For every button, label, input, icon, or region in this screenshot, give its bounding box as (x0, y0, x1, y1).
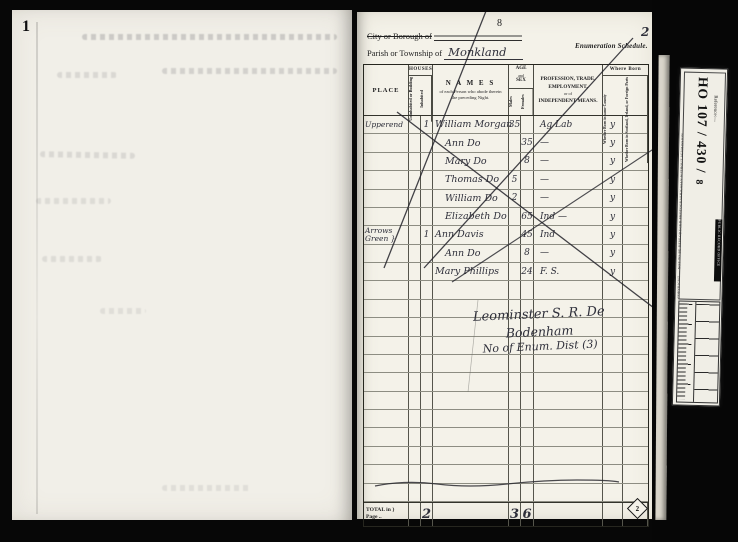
parish-township-line: Parish or Township of Monkland (367, 45, 523, 59)
cell-inhabited (421, 245, 433, 262)
cell-name: William Morgan (433, 116, 509, 133)
cell-profession: — (534, 134, 603, 151)
cell-born-county: y (603, 245, 623, 262)
cell-place (364, 484, 409, 501)
cell-uninhabited (409, 428, 421, 445)
cell-inhabited (421, 410, 433, 427)
cell-place: Upperend (364, 116, 409, 133)
cell-profession: — (534, 245, 603, 262)
cell-male-age (509, 410, 521, 427)
cell-uninhabited (409, 281, 421, 298)
page-crease (36, 22, 38, 514)
cell-male-age (509, 208, 521, 225)
blank-rule (434, 32, 522, 41)
cell-born-elsewhere (623, 465, 648, 482)
census-form-page: 8 City or Borough of Parish or Township … (357, 12, 654, 519)
cell-born-elsewhere (623, 171, 648, 188)
bleed-through-smudge (57, 72, 117, 78)
cell-born-elsewhere (623, 300, 648, 317)
cell-inhabited (421, 355, 433, 372)
parish-name-handwritten: Monkland (444, 45, 522, 60)
cell-born-county (603, 281, 623, 298)
cell-male-age (509, 373, 521, 390)
cell-male-age (509, 465, 521, 482)
cell-profession: — (534, 153, 603, 170)
cell-male-age (509, 226, 521, 243)
table-row: Elizabeth Do 65 Ind — y (364, 208, 648, 226)
cell-uninhabited (409, 134, 421, 151)
cell-male-age (509, 392, 521, 409)
cell-male-age (509, 447, 521, 464)
cell-place (364, 355, 409, 372)
cell-inhabited (421, 208, 433, 225)
cell-name: Mary Phillips (433, 263, 509, 280)
header-profession: PROFESSION, TRADE, EMPLOYMENT, or of IND… (534, 65, 603, 115)
cell-uninhabited (409, 410, 421, 427)
cell-born-county (603, 410, 623, 427)
cell-place (364, 465, 409, 482)
cell-female-age (521, 484, 534, 501)
table-row (364, 428, 648, 446)
printed-page-number: 8 (497, 18, 502, 29)
cell-place (364, 171, 409, 188)
cell-name (433, 447, 509, 464)
cell-uninhabited (409, 465, 421, 482)
cell-born-elsewhere (623, 208, 648, 225)
cell-name (433, 484, 509, 501)
table-row: Mary Phillips 24 F. S. y (364, 263, 648, 281)
cell-male-age (509, 355, 521, 372)
cell-female-age: 8 (521, 245, 534, 262)
header-age-sex: AGE and SEX Males Females (509, 65, 534, 115)
header-born-county: Whether Born in same County (603, 76, 625, 163)
cell-female-age: 35 (521, 134, 534, 151)
reference-number: HO 107 / 430 /8 (692, 77, 711, 186)
cell-born-elsewhere (623, 281, 648, 298)
cell-place: Arrows Green } (364, 226, 409, 243)
cell-born-elsewhere (623, 245, 648, 262)
cell-uninhabited (409, 208, 421, 225)
census-table: PLACE HOUSES Uninhabited or Building Inh… (363, 64, 649, 527)
cell-profession (534, 465, 603, 482)
cell-uninhabited (409, 245, 421, 262)
measurement-ruler (676, 300, 720, 403)
cell-born-elsewhere (623, 355, 648, 372)
city-borough-label: City or Borough of (367, 31, 432, 41)
cell-name (433, 392, 509, 409)
cell-place (364, 190, 409, 207)
cell-female-age (521, 392, 534, 409)
table-header: PLACE HOUSES Uninhabited or Building Inh… (364, 65, 648, 116)
cell-place (364, 153, 409, 170)
table-row (364, 355, 648, 373)
total-females: 6 (521, 503, 534, 526)
public-record-office-box: PUBLIC RECORD OFFICE (714, 219, 723, 281)
cell-inhabited (421, 392, 433, 409)
cell-female-age (521, 171, 534, 188)
scanner-black-margin: Reference:— HO 107 / 430 /8 COPYRIGHT — … (652, 0, 738, 542)
cell-uninhabited (409, 484, 421, 501)
header-males: Males (509, 89, 521, 115)
cell-uninhabited (409, 190, 421, 207)
cell-born-elsewhere (623, 190, 648, 207)
cell-profession: — (534, 190, 603, 207)
cell-profession (534, 484, 603, 501)
cell-born-county: y (603, 171, 623, 188)
cell-name: Ann Do (433, 134, 509, 151)
cell-profession (534, 281, 603, 298)
cell-uninhabited (409, 392, 421, 409)
cell-male-age (509, 484, 521, 501)
total-inhabited: 2 (421, 503, 433, 526)
cell-inhabited (421, 281, 433, 298)
cell-born-county: y (603, 263, 623, 280)
header-females: Females (521, 89, 534, 115)
cell-male-age: 2 (509, 190, 521, 207)
cell-name (433, 281, 509, 298)
cell-born-elsewhere (623, 373, 648, 390)
cell-name (433, 410, 509, 427)
cell-born-elsewhere (623, 263, 648, 280)
totals-label: TOTAL in } Page .. (364, 503, 409, 526)
cell-male-age (509, 153, 521, 170)
cell-born-elsewhere (623, 392, 648, 409)
cell-name: Ann Davis (433, 226, 509, 243)
cell-inhabited (421, 428, 433, 445)
cell-inhabited (421, 153, 433, 170)
cell-uninhabited (409, 373, 421, 390)
city-borough-line: City or Borough of (367, 31, 522, 41)
cell-female-age: 24 (521, 263, 534, 280)
cell-profession: F. S. (534, 263, 603, 280)
cell-male-age (509, 134, 521, 151)
table-row: Thomas Do 5 — y (364, 171, 648, 189)
cell-place (364, 392, 409, 409)
cell-male-age (509, 263, 521, 280)
cell-female-age (521, 355, 534, 372)
bleed-through-smudge (42, 256, 102, 262)
table-row: Arrows Green } 1 Ann Davis 45 Ind y (364, 226, 648, 244)
cell-name: William Do (433, 190, 509, 207)
bleed-through-smudge (162, 485, 252, 491)
cell-inhabited (421, 300, 433, 317)
cell-male-age (509, 281, 521, 298)
cell-born-county (603, 428, 623, 445)
cell-female-age (521, 116, 534, 133)
table-row (364, 392, 648, 410)
cell-female-age (521, 281, 534, 298)
header-born-elsewhere: Whether Born in Scotland, Ireland, or Fo… (625, 76, 648, 163)
district-annotation: Leominster S. R. De Bodenham No of Enum.… (451, 302, 628, 359)
cell-profession: Ind — (534, 208, 603, 225)
cell-name: Mary Do (433, 153, 509, 170)
cell-place (364, 300, 409, 317)
totals-row: TOTAL in } Page .. 2 3 6 (364, 502, 648, 526)
cell-uninhabited (409, 447, 421, 464)
parish-township-label: Parish or Township of (367, 48, 442, 58)
cell-born-county: y (603, 226, 623, 243)
cell-place (364, 245, 409, 262)
cell-inhabited (421, 263, 433, 280)
table-row (364, 465, 648, 483)
cell-profession: Ag Lab (534, 116, 603, 133)
cell-uninhabited (409, 171, 421, 188)
cell-born-county (603, 355, 623, 372)
cell-place (364, 373, 409, 390)
left-blank-page: 1 (12, 10, 352, 520)
cell-name: Thomas Do (433, 171, 509, 188)
table-row (364, 410, 648, 428)
bleed-through-smudge (82, 34, 337, 40)
cell-born-county: y (603, 208, 623, 225)
cell-female-age: 65 (521, 208, 534, 225)
public-record-office-label: PUBLIC RECORD OFFICE (714, 219, 723, 281)
cell-place (364, 428, 409, 445)
reference-strip: Reference:— HO 107 / 430 /8 COPYRIGHT — … (672, 67, 728, 406)
cell-inhabited (421, 318, 433, 335)
bleed-through-smudge (100, 308, 146, 314)
cell-female-age: 8 (521, 153, 534, 170)
cell-female-age (521, 373, 534, 390)
cell-born-county: y (603, 190, 623, 207)
cell-name: Elizabeth Do (433, 208, 509, 225)
cell-born-elsewhere (623, 428, 648, 445)
cell-uninhabited (409, 337, 421, 354)
enumeration-schedule-label: Enumeration Schedule. (575, 42, 648, 50)
cell-inhabited (421, 171, 433, 188)
cell-female-age: 45 (521, 226, 534, 243)
cell-profession (534, 428, 603, 445)
header-names: N A M E S of each Person who abode there… (433, 65, 509, 115)
cell-inhabited (421, 373, 433, 390)
cell-born-county (603, 484, 623, 501)
cell-male-age: 35 (509, 116, 521, 133)
cell-profession (534, 392, 603, 409)
cell-male-age: 5 (509, 171, 521, 188)
cell-female-age (521, 410, 534, 427)
cell-profession (534, 355, 603, 372)
bleed-through-smudge (36, 198, 111, 204)
header-inhabited: Inhabited (420, 76, 432, 122)
page-edge (655, 55, 669, 520)
cell-uninhabited (409, 153, 421, 170)
cell-inhabited: 1 (421, 226, 433, 243)
cell-uninhabited (409, 318, 421, 335)
cell-place (364, 447, 409, 464)
cell-inhabited (421, 484, 433, 501)
cell-profession: Ind (534, 226, 603, 243)
cell-born-county (603, 447, 623, 464)
cell-place (364, 208, 409, 225)
cell-female-age (521, 428, 534, 445)
cell-place (364, 263, 409, 280)
bleed-through-smudge (162, 68, 337, 74)
cell-inhabited (421, 134, 433, 151)
cell-male-age (509, 428, 521, 445)
cell-profession (534, 373, 603, 390)
cell-uninhabited (409, 263, 421, 280)
cell-born-county (603, 373, 623, 390)
total-males: 3 (509, 503, 521, 526)
cell-place (364, 281, 409, 298)
table-row (364, 281, 648, 299)
cell-uninhabited (409, 300, 421, 317)
cell-born-county (603, 465, 623, 482)
cell-male-age (509, 245, 521, 262)
cell-female-age (521, 190, 534, 207)
cell-born-elsewhere (623, 226, 648, 243)
cell-female-age (521, 447, 534, 464)
cell-place (364, 134, 409, 151)
cell-inhabited (421, 337, 433, 354)
ruler-coarse-ticks (677, 304, 692, 400)
schedule-number-handwritten: 2 (641, 25, 649, 39)
ruler-divisions (694, 304, 719, 401)
cell-inhabited (421, 465, 433, 482)
cell-uninhabited (409, 226, 421, 243)
header-where-born: Where Born Whether Born in same County W… (603, 65, 648, 115)
cell-profession: — (534, 171, 603, 188)
header-place: PLACE (364, 65, 409, 115)
cell-female-age (521, 465, 534, 482)
table-row: Ann Do 8 — y (364, 245, 648, 263)
cell-name (433, 373, 509, 390)
cell-born-elsewhere (623, 410, 648, 427)
bleed-through-smudge (40, 151, 135, 159)
header-houses: HOUSES Uninhabited or Building Inhabited (409, 65, 433, 115)
cell-born-elsewhere (623, 447, 648, 464)
table-row: William Do 2 — y (364, 190, 648, 208)
cell-profession (534, 447, 603, 464)
cell-born-county (603, 392, 623, 409)
table-row (364, 447, 648, 465)
cell-name: Ann Do (433, 245, 509, 262)
scanned-census-page: 1 8 City or Borough of Parish or Townshi… (0, 0, 738, 542)
table-row (364, 373, 648, 391)
cell-place (364, 318, 409, 335)
cell-name (433, 465, 509, 482)
page-marker: 1 (22, 18, 30, 36)
cell-profession (534, 410, 603, 427)
cell-inhabited (421, 190, 433, 207)
reference-label: Reference:— (712, 95, 718, 122)
cell-place (364, 410, 409, 427)
cell-place (364, 337, 409, 354)
cell-name (433, 428, 509, 445)
cell-inhabited (421, 447, 433, 464)
cell-uninhabited (409, 355, 421, 372)
table-row (364, 484, 648, 502)
